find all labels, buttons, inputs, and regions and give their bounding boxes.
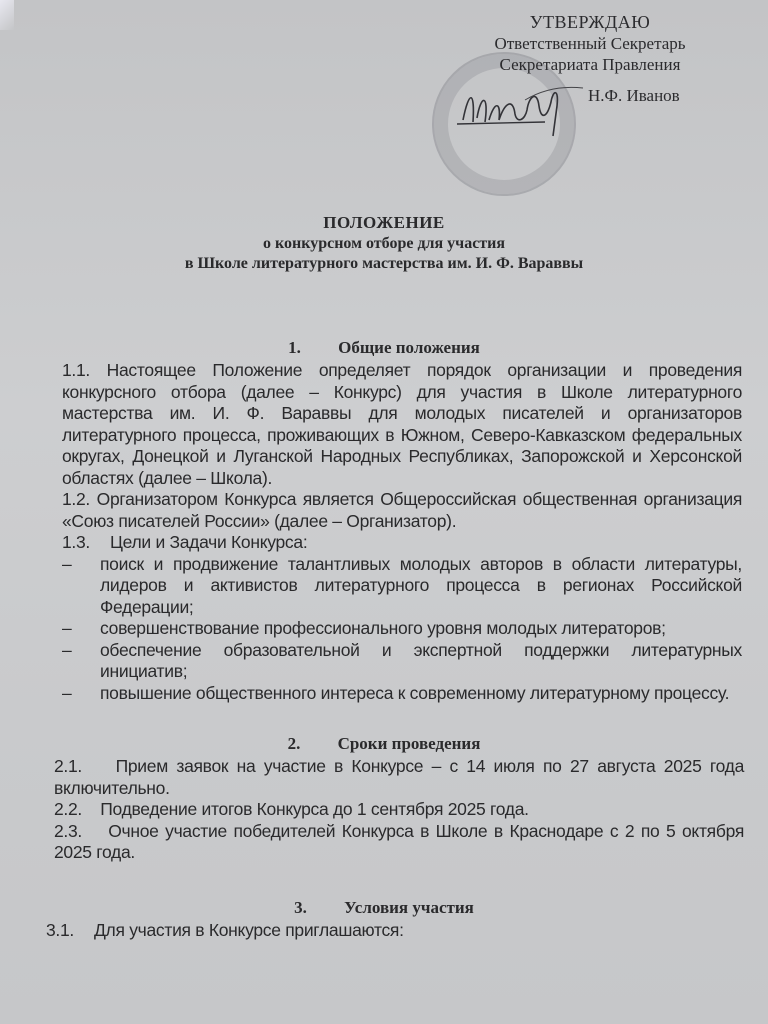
document-page: УТВЕРЖДАЮ Ответственный Секретарь Секрет… [0,0,768,1024]
section-1-heading: 1.Общие положения [0,338,768,358]
section-2-heading: 2.Сроки проведения [0,734,768,754]
page-corner-shadow [0,0,14,30]
clause-1-3: 1.3.Цели и Задачи Конкурса: [62,532,742,554]
approval-block: УТВЕРЖДАЮ Ответственный Секретарь Секрет… [440,12,740,111]
document-subtitle-line1: о конкурсном отборе для участия [0,234,768,254]
document-title: ПОЛОЖЕНИЕ [0,212,768,234]
clause-1-1: 1.1. Настоящее Положение определяет поря… [62,360,742,489]
approval-position-line2: Секретариата Правления [440,54,740,75]
section-1-body: 1.1. Настоящее Положение определяет поря… [62,360,742,704]
clause-2-1: 2.1. Прием заявок на участие в Конкурсе … [54,756,744,799]
goal-bullet-1: –поиск и продвижение талантливых молодых… [62,554,742,619]
clause-2-3: 2.3. Очное участие победителей Конкурса … [54,821,744,864]
document-title-block: ПОЛОЖЕНИЕ о конкурсном отборе для участи… [0,212,768,274]
document-subtitle-line2: в Школе литературного мастерства им. И. … [0,254,768,274]
goal-bullet-3: –обеспечение образовательной и экспертно… [62,640,742,683]
signature-row: Н.Ф. Иванов [440,83,740,111]
clause-3-1: 3.1.Для участия в Конкурсе приглашаются: [46,920,746,942]
goal-bullet-2: –совершенствование профессионального уро… [62,618,742,640]
clause-2-2: 2.2. Подведение итогов Конкурса до 1 сен… [54,799,744,821]
signatory-name: Н.Ф. Иванов [588,85,680,106]
section-3-heading: 3.Условия участия [0,898,768,918]
section-3-body: 3.1.Для участия в Конкурсе приглашаются: [46,920,746,942]
goal-bullet-4: –повышение общественного интереса к совр… [62,683,742,705]
approval-title: УТВЕРЖДАЮ [440,12,740,33]
clause-1-2: 1.2. Организатором Конкурса является Общ… [62,489,742,532]
approval-position-line1: Ответственный Секретарь [440,33,740,54]
section-2-body: 2.1. Прием заявок на участие в Конкурсе … [54,756,744,864]
